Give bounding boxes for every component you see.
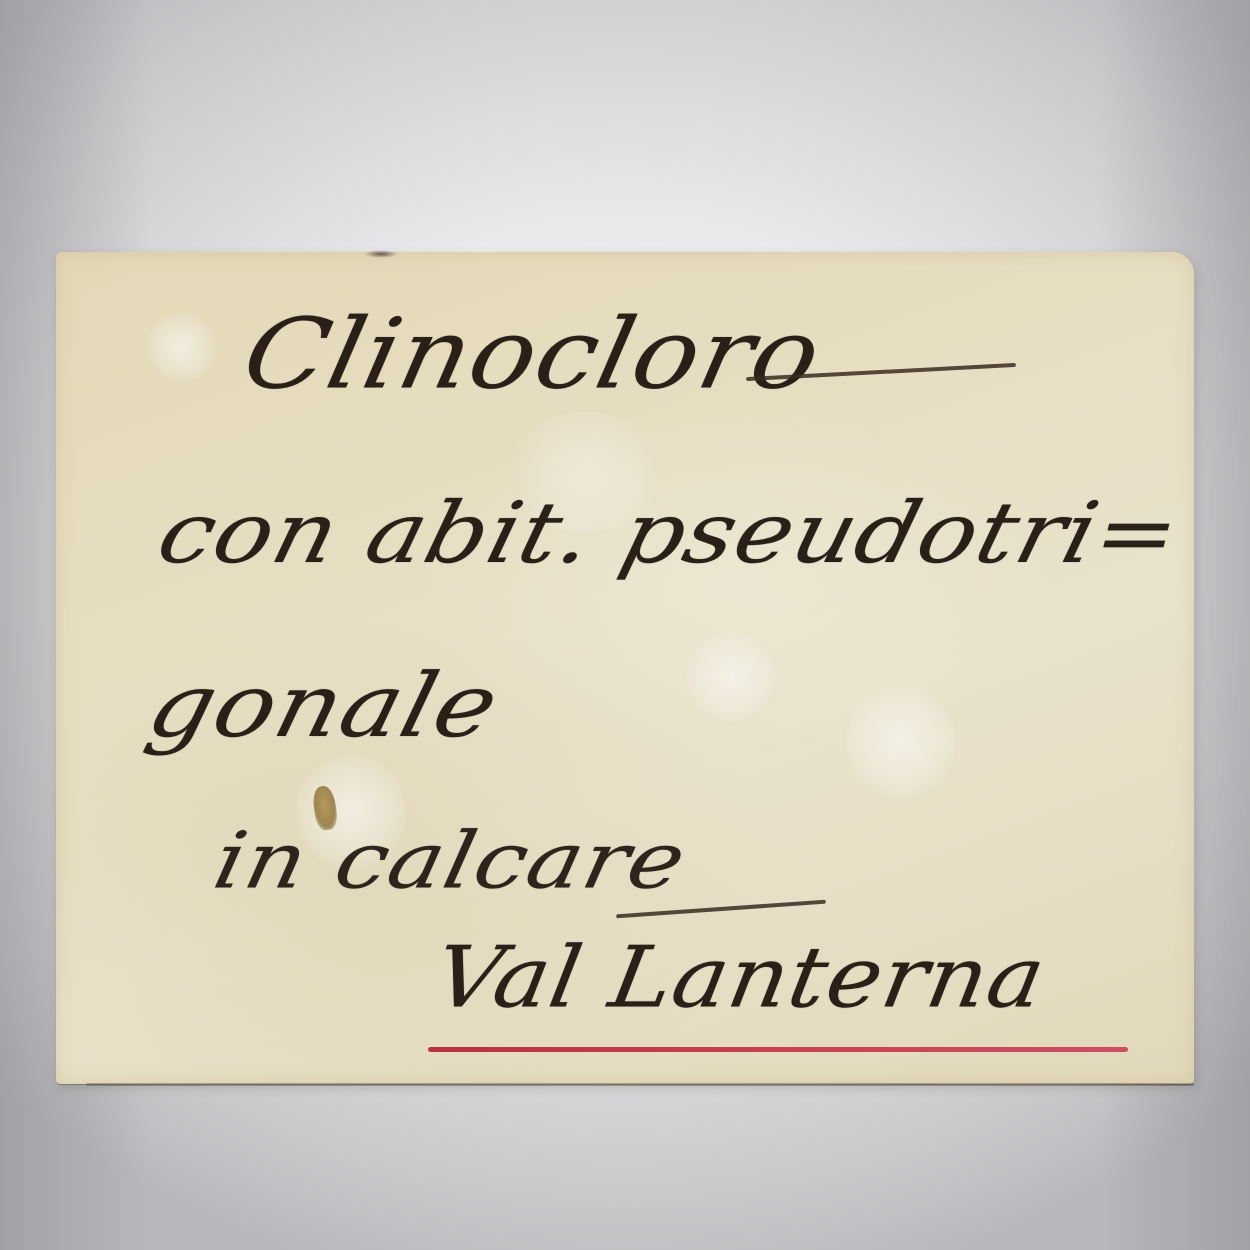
paper-blot xyxy=(686,632,776,722)
matrix-line: in calcare xyxy=(206,815,694,906)
locality-red-underline xyxy=(428,1047,1128,1052)
description-line-1: con abit. pseudotri= xyxy=(149,484,1191,583)
paper-blot xyxy=(846,682,956,802)
card-edge xyxy=(86,1083,1194,1086)
mineral-name: Clinocloro xyxy=(234,298,831,411)
locality: Val Lanterna xyxy=(427,928,1053,1026)
specimen-label-card: Clinocloro con abit. pseudotri= gonale i… xyxy=(56,252,1194,1084)
description-line-2: gonale xyxy=(138,654,509,757)
paper-blot xyxy=(146,312,216,382)
ink-smudge-mark xyxy=(364,250,398,258)
